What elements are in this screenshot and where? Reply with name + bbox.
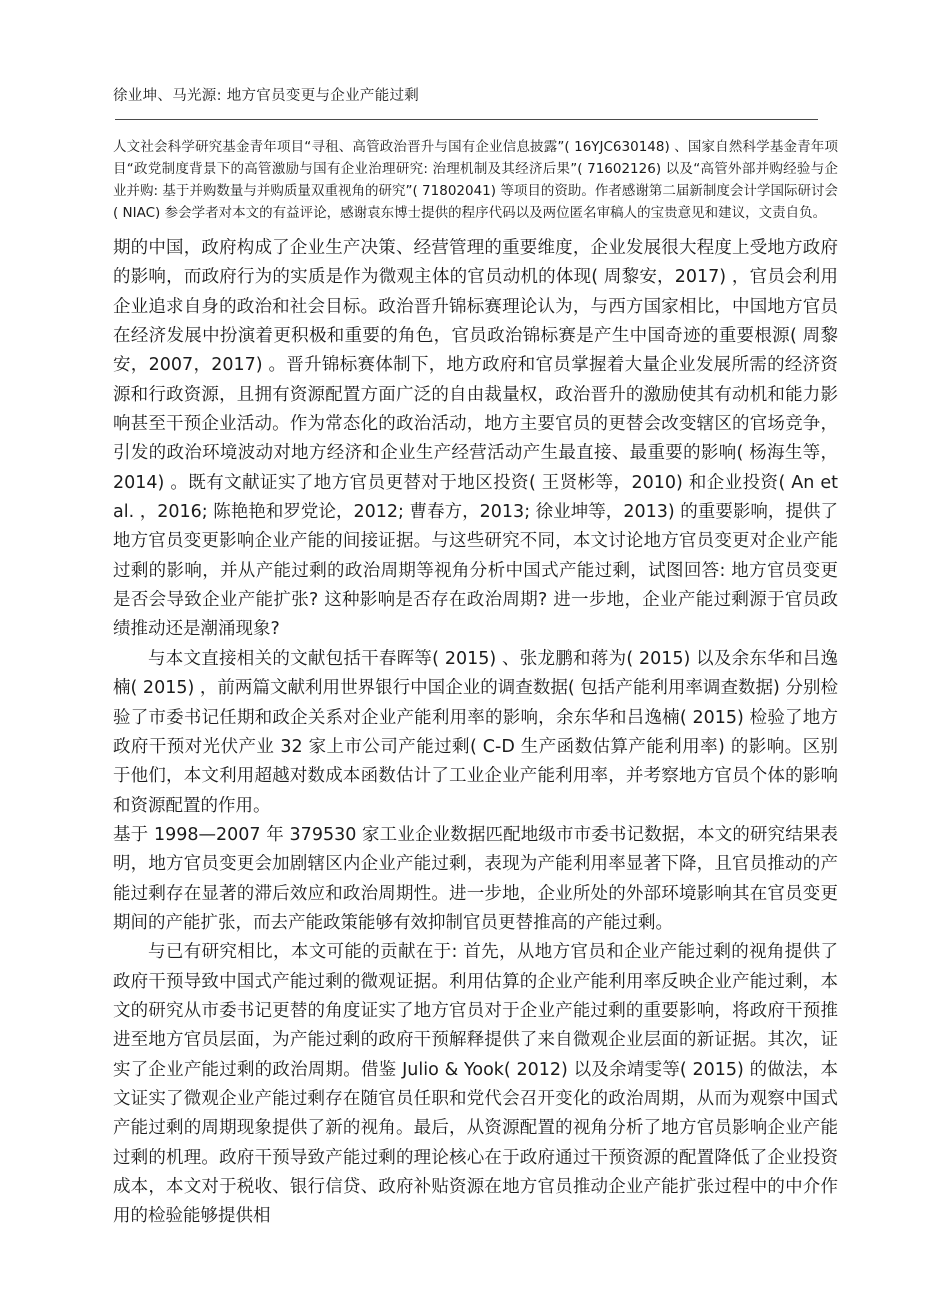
article-body: 期的中国，政府构成了企业生产决策、经营管理的重要维度，企业发展很大程度上受地方政… bbox=[113, 234, 838, 1232]
body-paragraph-contributions: 与已有研究相比，本文可能的贡献在于: 首先，从地方官员和企业产能过剩的视角提供了… bbox=[113, 938, 838, 1231]
funding-footnote: 人文社会科学研究基金青年项目“寻租、高管政治晋升与国有企业信息披露”( 16YJ… bbox=[113, 136, 838, 224]
body-paragraph-continuation: 期的中国，政府构成了企业生产决策、经营管理的重要维度，企业发展很大程度上受地方政… bbox=[113, 234, 838, 645]
body-paragraph-related-literature: 与本文直接相关的文献包括干春晖等( 2015) 、张龙鹏和蒋为( 2015) 以… bbox=[113, 645, 838, 821]
paper-page: 徐业坤、马光源: 地方官员变更与企业产能过剩 人文社会科学研究基金青年项目“寻租… bbox=[0, 0, 950, 1290]
running-head: 徐业坤、马光源: 地方官员变更与企业产能过剩 bbox=[113, 86, 838, 106]
header-rule bbox=[115, 119, 818, 120]
body-paragraph-findings: 基于 1998—2007 年 379530 家工业企业数据匹配地级市市委书记数据… bbox=[113, 821, 838, 938]
